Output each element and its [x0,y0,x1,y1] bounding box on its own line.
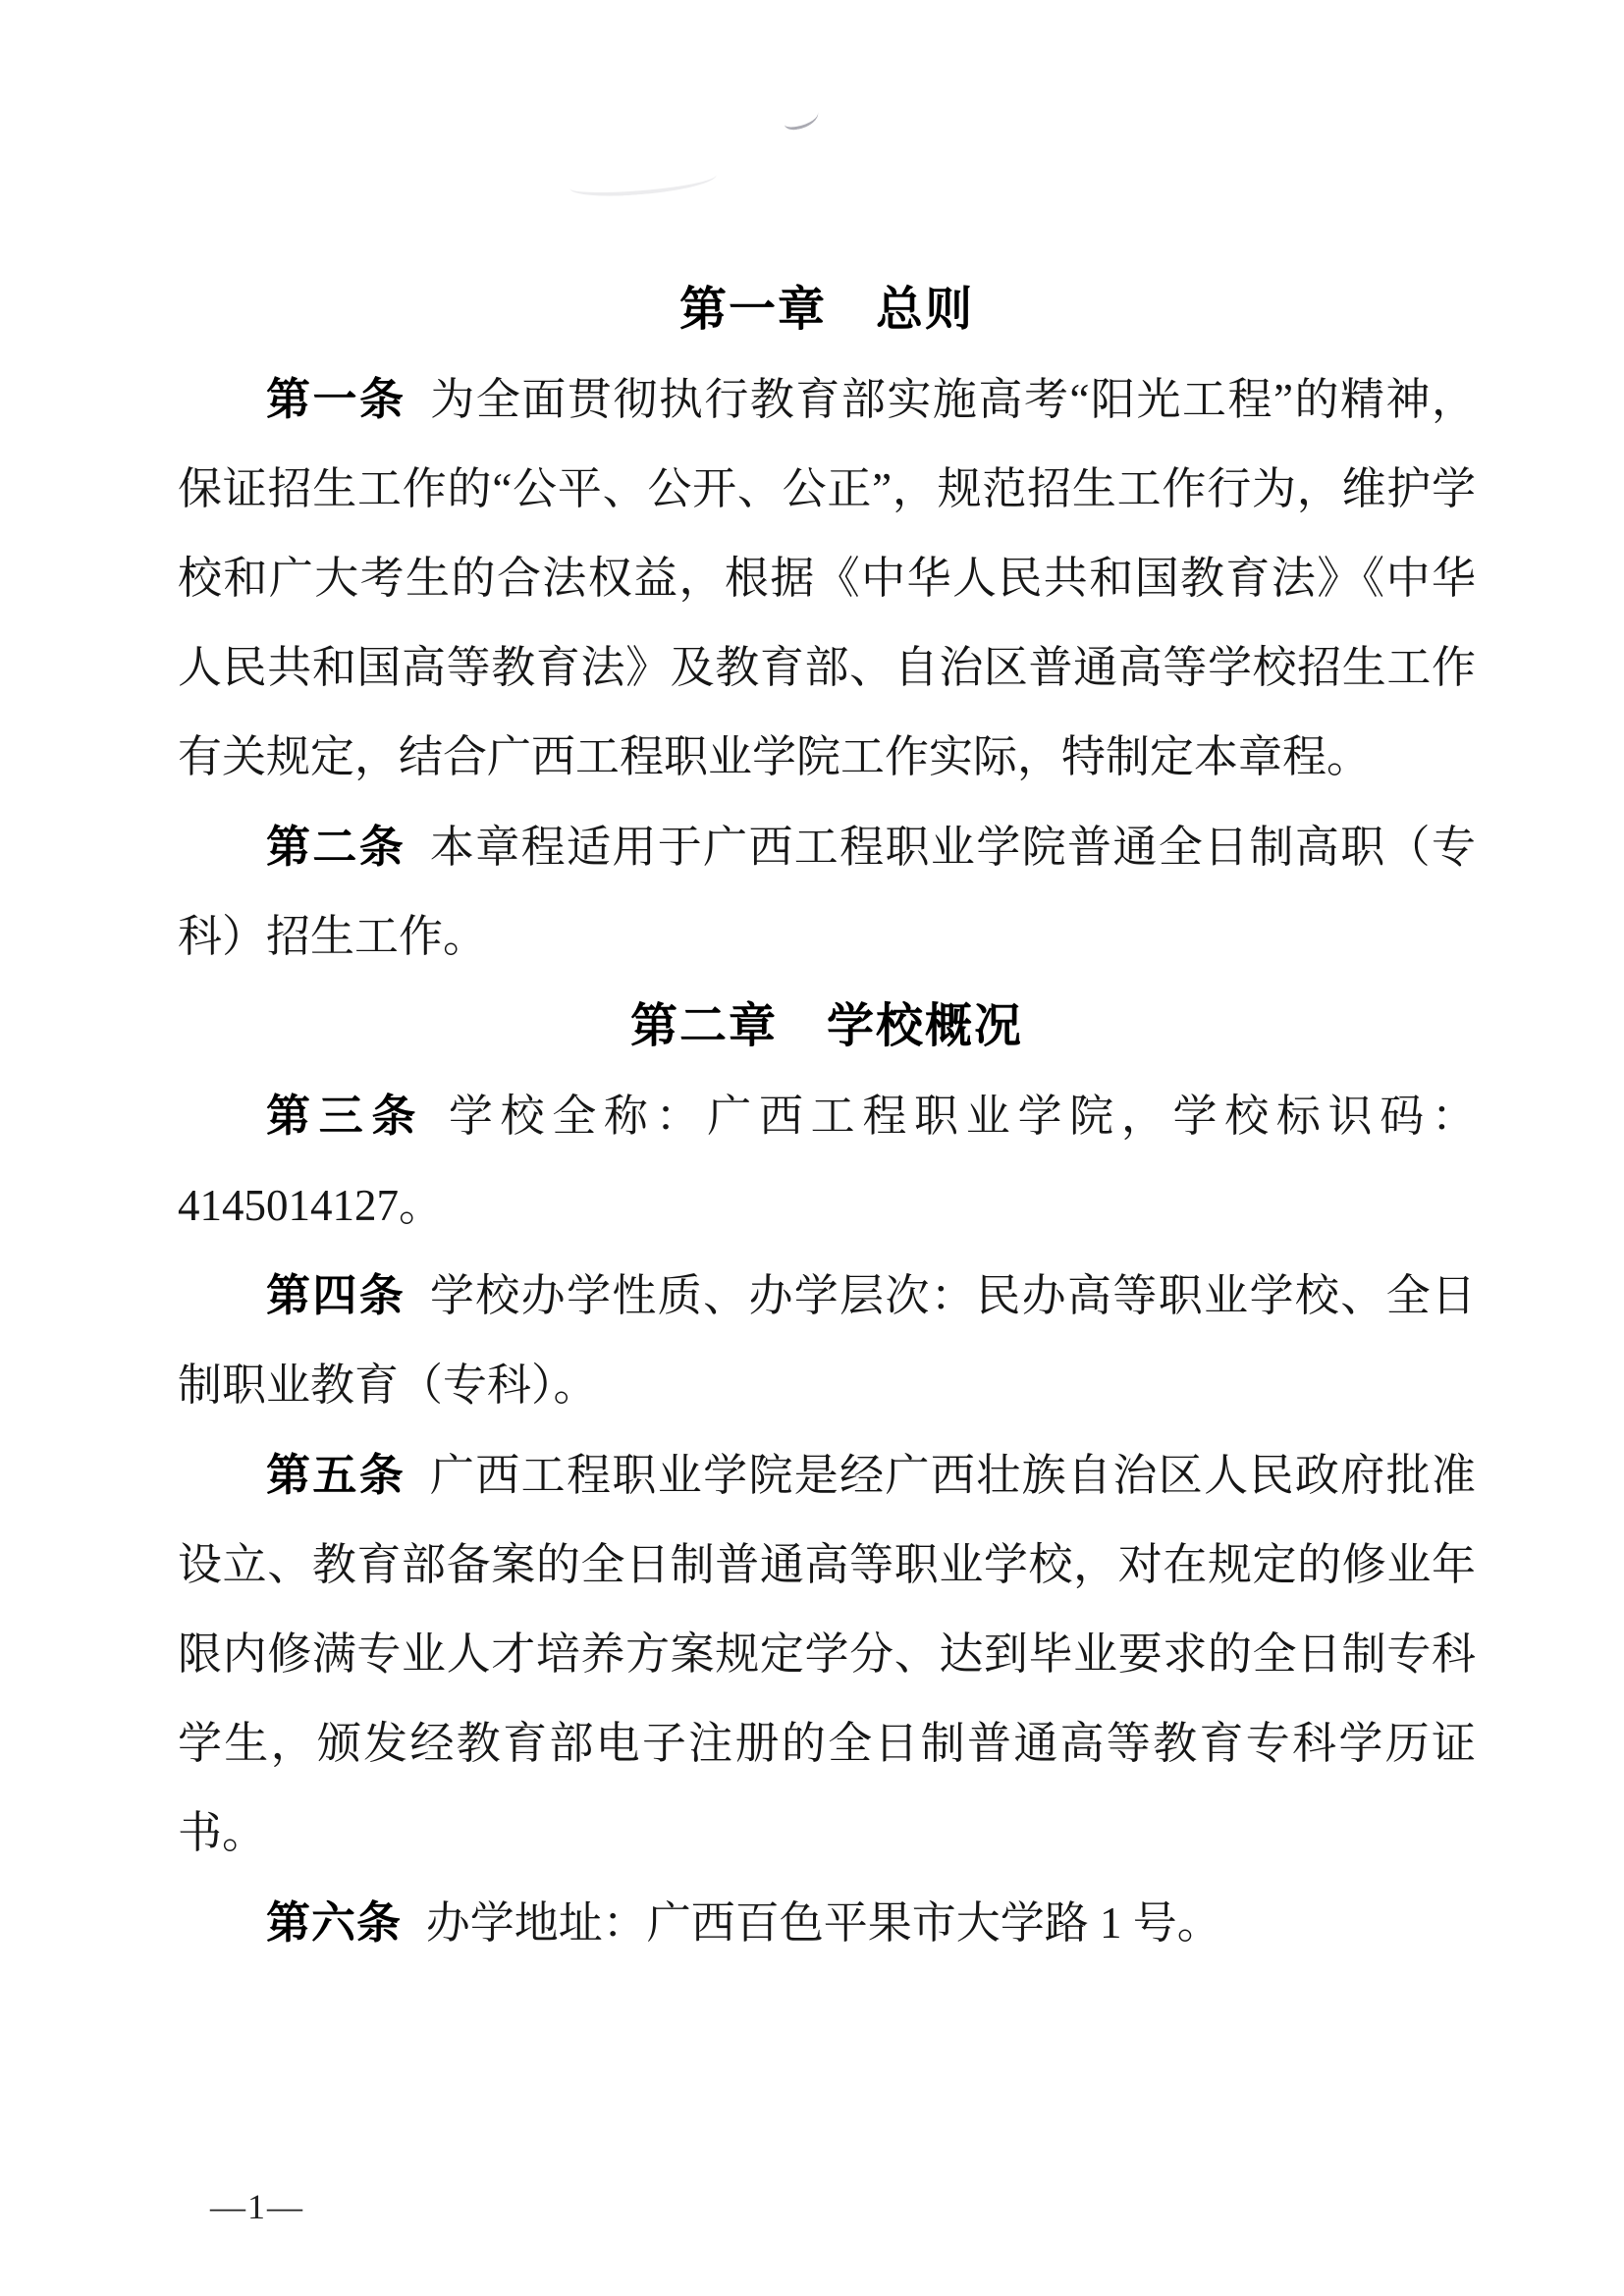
document-body: 第一章 总则 第一条为全面贯彻执行教育部实施高考“阳光工程”的精神，保证招生工作… [178,265,1476,1968]
article-1-label: 第一条 [266,374,406,424]
scan-smudge-artifact [568,164,717,199]
article-1-paragraph: 第一条为全面贯彻执行教育部实施高考“阳光工程”的精神，保证招生工作的“公平、公开… [178,354,1476,802]
document-page: 第一章 总则 第一条为全面贯彻执行教育部实施高考“阳光工程”的精神，保证招生工作… [0,0,1624,2296]
article-4-paragraph: 第四条学校办学性质、办学层次：民办高等职业学校、全日制职业教育（专科）。 [178,1251,1476,1430]
article-5-label: 第五条 [266,1450,406,1500]
article-5-text: 广西工程职业学院是经广西壮族自治区人民政府批准设立、教育部备案的全日制普通高等职… [178,1451,1476,1857]
pen-mark-artifact [782,105,820,132]
article-2-paragraph: 第二条本章程适用于广西工程职业学院普通全日制高职（专科）招生工作。 [178,802,1476,982]
article-5-paragraph: 第五条广西工程职业学院是经广西壮族自治区人民政府批准设立、教育部备案的全日制普通… [178,1430,1476,1878]
article-6-text: 办学地址：广西百色平果市大学路 1 号。 [426,1898,1221,1948]
chapter-1-heading: 第一章 总则 [178,265,1476,354]
article-6-label: 第六条 [266,1897,402,1948]
article-3-label: 第三条 [266,1091,424,1141]
page-number: —1— [210,2187,304,2226]
article-6-paragraph: 第六条办学地址：广西百色平果市大学路 1 号。 [178,1878,1476,1968]
article-1-text: 为全面贯彻执行教育部实施高考“阳光工程”的精神，保证招生工作的“公平、公开、公正… [178,375,1476,781]
chapter-2-heading: 第二章 学校概况 [178,982,1476,1071]
article-2-label: 第二条 [266,822,406,872]
article-4-label: 第四条 [266,1270,406,1320]
article-3-paragraph: 第三条学校全称：广西工程职业学院，学校标识码：4145014127。 [178,1071,1476,1251]
